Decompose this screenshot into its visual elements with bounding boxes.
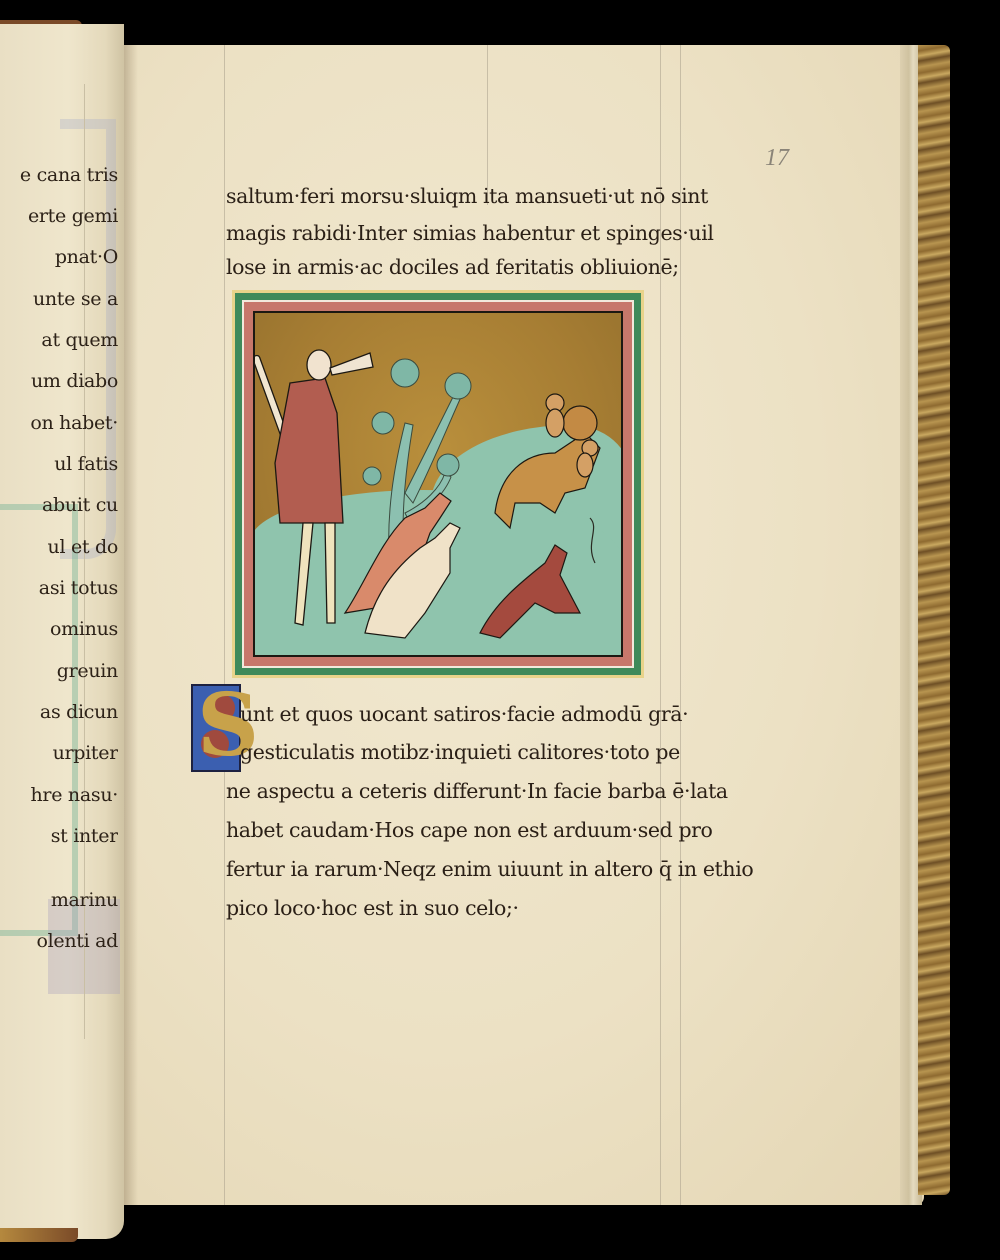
- left-text-line: um diabo: [0, 370, 118, 392]
- text-line: habet caudam·Hos cape non est arduum·sed…: [226, 818, 713, 842]
- left-text-line: ul fatis: [0, 453, 118, 475]
- left-text-line: asi totus: [0, 577, 118, 599]
- flower-sprig: [590, 518, 595, 563]
- left-text-line: marinu: [0, 889, 118, 911]
- hunter-figure: [255, 350, 373, 625]
- left-text-line: ul et do: [0, 536, 118, 558]
- miniature-illustration: [232, 290, 644, 678]
- ruling-line: [224, 45, 225, 1205]
- text-line: saltum·feri morsu·sluiqm ita mansueti·ut…: [226, 184, 708, 208]
- satyr-with-apes-figure: [495, 394, 600, 528]
- gilt-tooled-fore-edge: [918, 45, 950, 1195]
- left-text-line: urpiter: [0, 742, 118, 764]
- left-text-line: abuit cu: [0, 494, 118, 516]
- text-line: lose in armis·ac dociles ad feritatis ob…: [226, 255, 679, 279]
- miniature-gold-ground: [253, 311, 623, 657]
- text-line: ne aspectu a ceteris differunt·In facie …: [226, 779, 728, 803]
- folio-number: 17: [765, 145, 789, 172]
- left-text-line: e cana tris: [0, 164, 118, 186]
- left-text-line: at quem: [0, 329, 118, 351]
- gutter-shadow: [124, 45, 138, 1205]
- left-page: e cana tris erte gemi pnat·O unte se a a…: [0, 24, 124, 1239]
- left-text-line: st inter: [0, 825, 118, 847]
- left-text-line: on habet·: [0, 412, 118, 434]
- text-line: unt et quos uocant satiros·facie admodū …: [240, 702, 688, 726]
- left-text-line: hre nasu·: [0, 784, 118, 806]
- hound-figures: [345, 493, 580, 638]
- left-text-line: erte gemi: [0, 205, 118, 227]
- decorated-initial-S: S: [191, 684, 241, 772]
- text-line: fertur ia rarum·Neqz enim uiuunt in alte…: [226, 857, 753, 881]
- left-text-line: pnat·O: [0, 246, 118, 268]
- ruling-line: [487, 45, 488, 205]
- miniature-figures: [255, 313, 621, 657]
- left-text-line: ominus: [0, 618, 118, 640]
- left-binding-edge-bottom: [0, 1228, 78, 1242]
- text-line: magis rabidi·Inter simias habentur et sp…: [226, 221, 714, 245]
- left-text-line: as dicun: [0, 701, 118, 723]
- ruling-line: [680, 45, 681, 1205]
- left-text-line: unte se a: [0, 288, 118, 310]
- left-text-line: olenti ad: [0, 930, 118, 952]
- left-text-line: greuin: [0, 660, 118, 682]
- text-line: pico loco·hoc est in suo celo;·: [226, 896, 519, 920]
- ruling-line: [660, 45, 661, 1205]
- text-line: gesticulatis motibz·inquieti calitores·t…: [240, 740, 680, 764]
